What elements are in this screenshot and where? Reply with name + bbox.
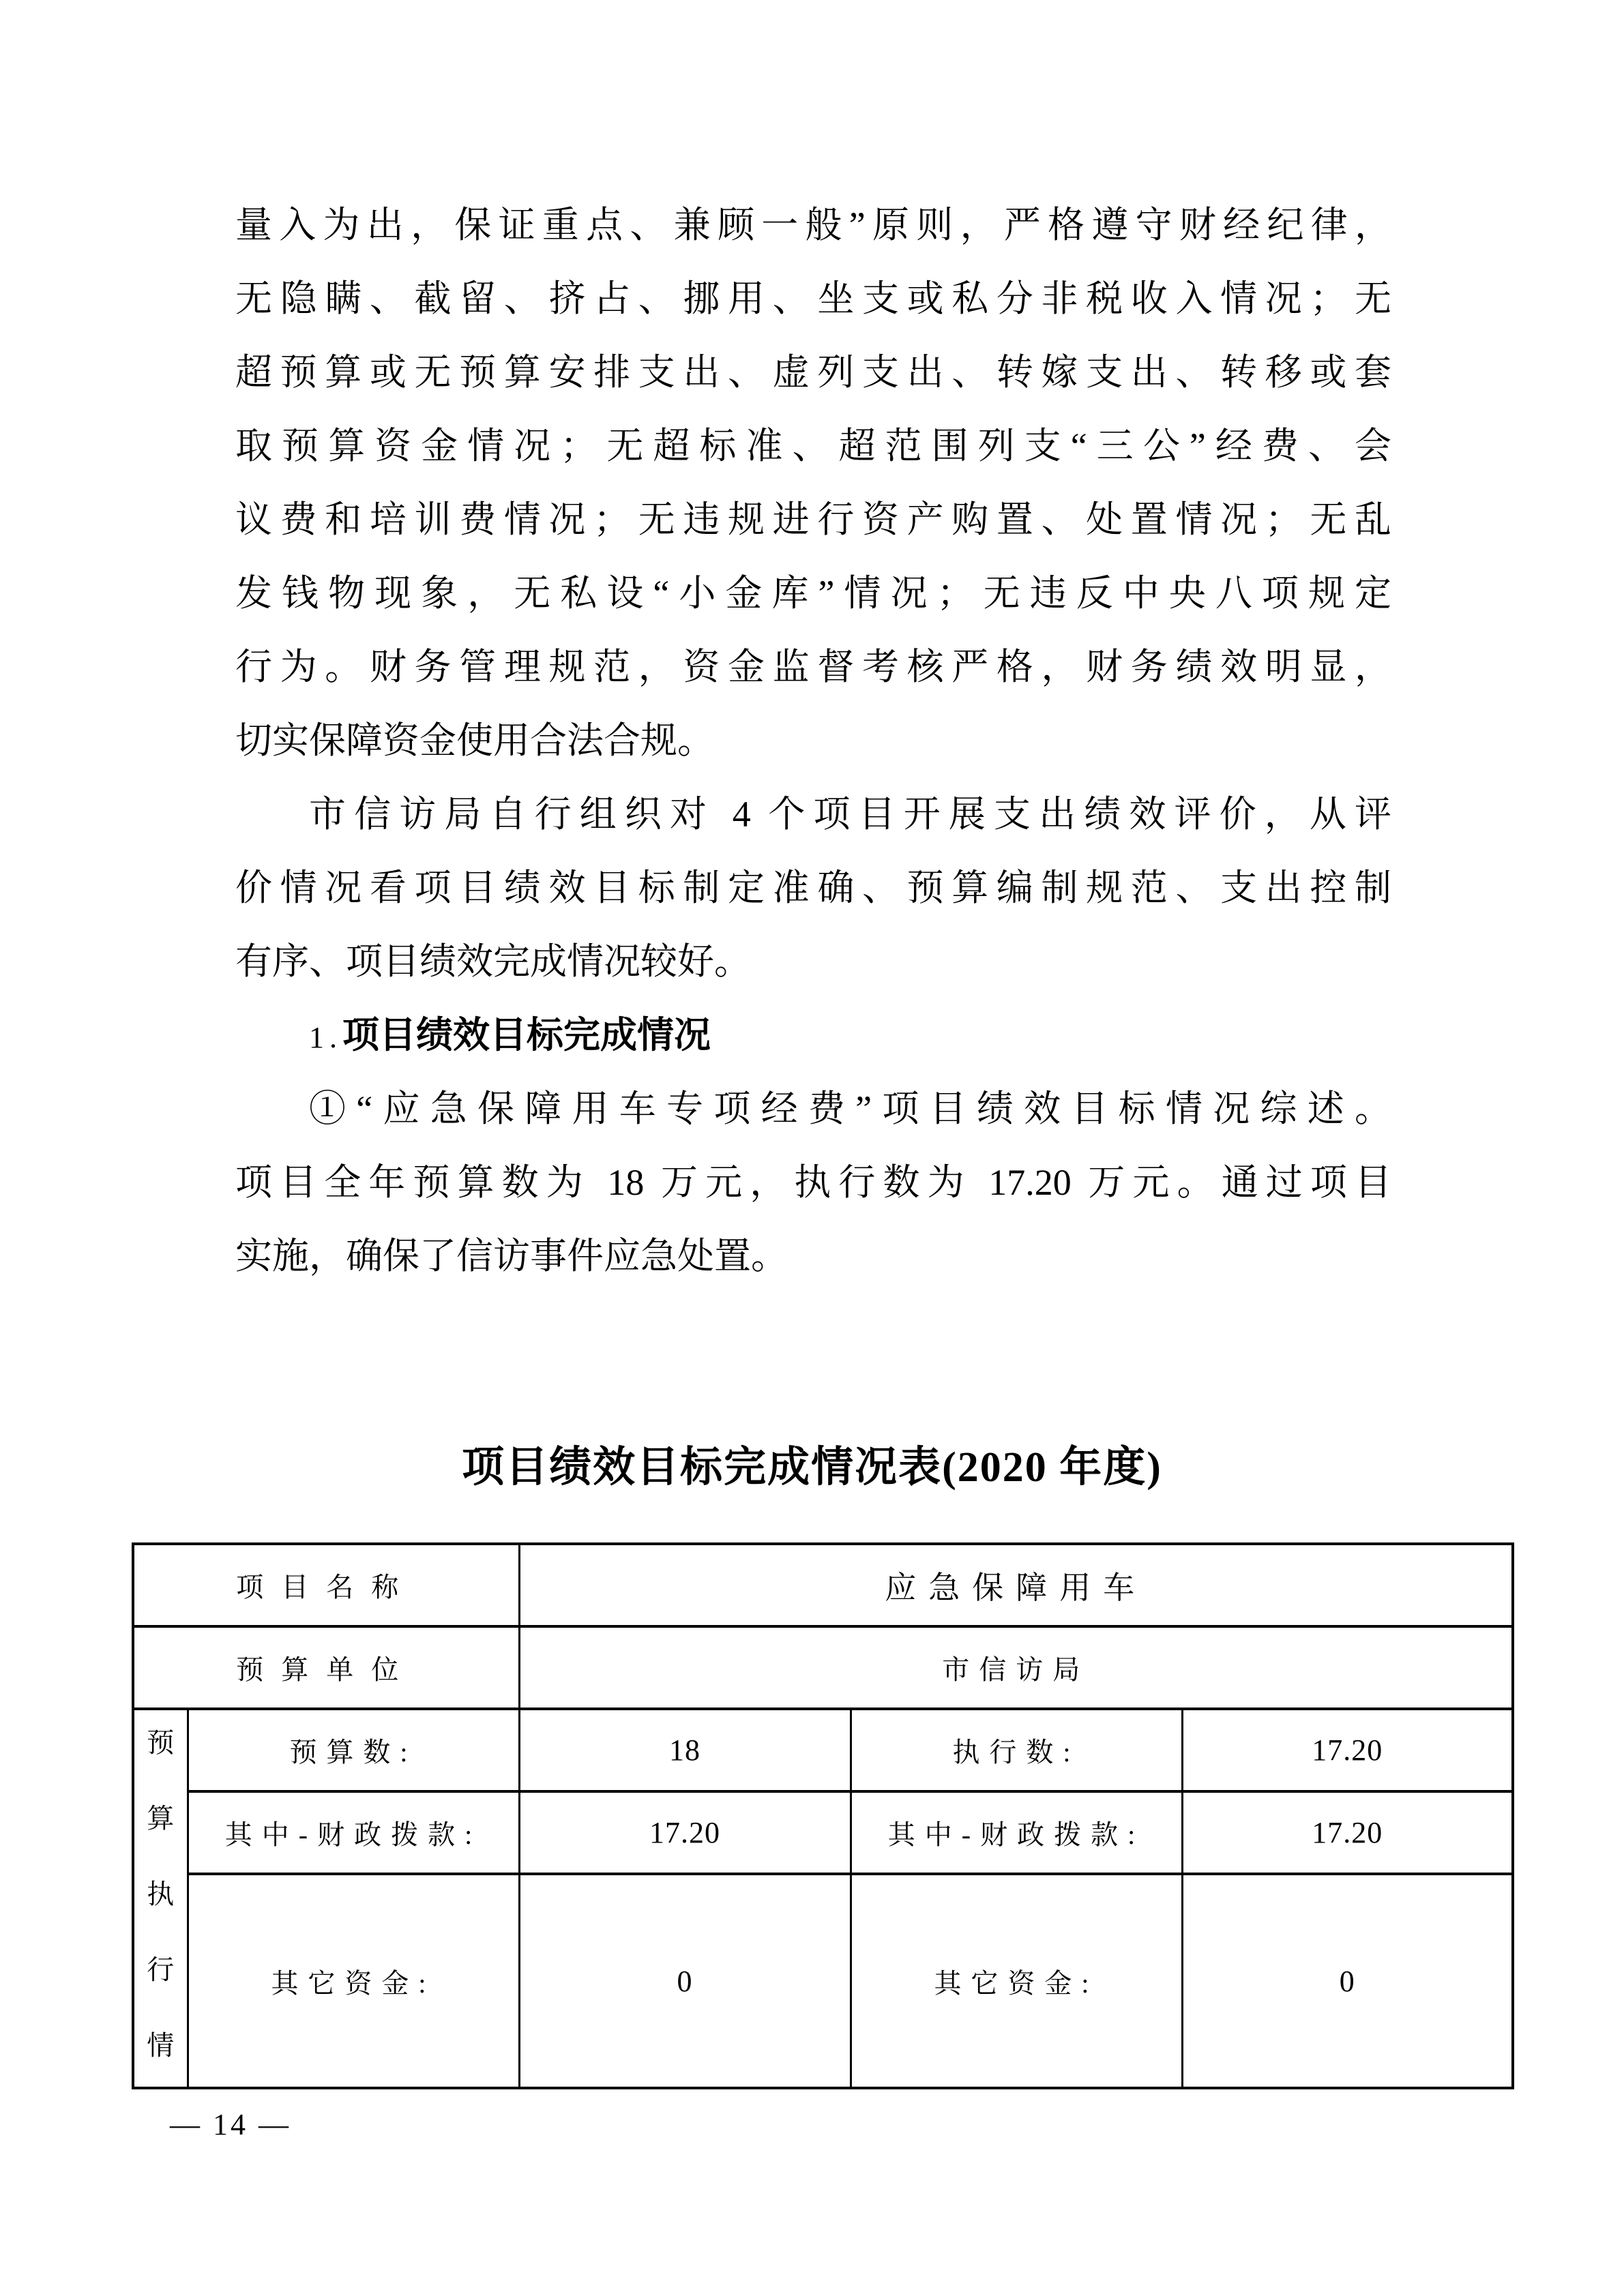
budget-number-label: 预算数: xyxy=(188,1709,519,1791)
text-line: 发钱物现象，无私设“小金库”情况；无违反中央八项规定 xyxy=(235,556,1391,630)
text-line: 有序、项目绩效完成情况较好。 xyxy=(235,925,1391,998)
budget-unit-value: 市信访局 xyxy=(519,1626,1513,1709)
side-header-budget-execution: 预 算 执 行 情 xyxy=(133,1709,188,2088)
other-funds-label-left: 其它资金: xyxy=(188,1874,519,2088)
budget-unit-label: 预算单位 xyxy=(133,1626,519,1709)
text-line: 行为。财务管理规范，资金监督考核严格，财务绩效明显， xyxy=(235,630,1391,704)
side-char: 算 xyxy=(147,1804,174,1834)
side-char: 预 xyxy=(147,1728,174,1758)
document-page: 量入为出，保证重点、兼顾一般”原则，严格遵守财经纪律， 无隐瞒、截留、挤占、挪用… xyxy=(0,0,1624,2296)
project-name-label: 项目名称 xyxy=(133,1544,519,1626)
text-line: 价情况看项目绩效目标制定准确、预算编制规范、支出控制 xyxy=(235,851,1391,925)
section-heading-text: 项目绩效目标完成情况 xyxy=(342,1015,711,1056)
other-funds-value-right: 0 xyxy=(1182,1874,1513,2088)
text-line: 取预算资金情况；无超标准、超范围列支“三公”经费、会 xyxy=(235,409,1391,483)
other-funds-label-right: 其它资金: xyxy=(851,1874,1182,2088)
table-row: 其中-财政拨款: 17.20 其中-财政拨款: 17.20 xyxy=(133,1791,1513,1874)
side-char: 行 xyxy=(147,1955,174,1985)
table-row: 预 算 执 行 情 预算数: 18 执行数: 17.20 xyxy=(133,1709,1513,1791)
text-line: 超预算或无预算安排支出、虚列支出、转嫁支出、转移或套 xyxy=(235,336,1391,409)
side-header-chars: 预 算 执 行 情 xyxy=(134,1710,187,2084)
body-text: 量入为出，保证重点、兼顾一般”原则，严格遵守财经纪律， 无隐瞒、截留、挤占、挪用… xyxy=(235,188,1391,1293)
fiscal-grant-label-right: 其中-财政拨款: xyxy=(851,1791,1182,1874)
section-heading: 1.项目绩效目标完成情况 xyxy=(235,998,1391,1072)
text-line: ①“应急保障用车专项经费”项目绩效目标情况综述。 xyxy=(235,1072,1391,1146)
side-char: 执 xyxy=(147,1879,174,1909)
table-row: 项目名称 应急保障用车 xyxy=(133,1544,1513,1626)
table-row: 其它资金: 0 其它资金: 0 xyxy=(133,1874,1513,2088)
section-heading-number: 1. xyxy=(309,1021,342,1054)
page-number: — 14 — xyxy=(132,2104,329,2145)
text-line: 议费和培训费情况；无违规进行资产购置、处置情况；无乱 xyxy=(235,483,1391,556)
table-row: 预算单位 市信访局 xyxy=(133,1626,1513,1709)
table-title: 项目绩效目标完成情况表(2020 年度) xyxy=(0,1440,1624,1495)
text-line: 项目全年预算数为 18 万元，执行数为 17.20 万元。通过项目 xyxy=(235,1146,1391,1219)
execution-number-label: 执行数: xyxy=(851,1709,1182,1791)
execution-number-value: 17.20 xyxy=(1182,1709,1513,1791)
text-line: 无隐瞒、截留、挤占、挪用、坐支或私分非税收入情况；无 xyxy=(235,262,1391,336)
project-name-value: 应急保障用车 xyxy=(519,1544,1513,1626)
side-char: 情 xyxy=(147,2031,174,2061)
budget-number-value: 18 xyxy=(519,1709,851,1791)
text-line: 切实保障资金使用合法合规。 xyxy=(235,704,1391,777)
fiscal-grant-label-left: 其中-财政拨款: xyxy=(188,1791,519,1874)
text-line: 市信访局自行组织对 4 个项目开展支出绩效评价，从评 xyxy=(235,777,1391,851)
text-line: 量入为出，保证重点、兼顾一般”原则，严格遵守财经纪律， xyxy=(235,188,1391,262)
fiscal-grant-value-left: 17.20 xyxy=(519,1791,851,1874)
other-funds-value-left: 0 xyxy=(519,1874,851,2088)
text-line: 实施，确保了信访事件应急处置。 xyxy=(235,1219,1391,1293)
fiscal-grant-value-right: 17.20 xyxy=(1182,1791,1513,1874)
performance-table: 项目名称 应急保障用车 预算单位 市信访局 预 算 执 行 情 预算数: xyxy=(132,1542,1514,2089)
